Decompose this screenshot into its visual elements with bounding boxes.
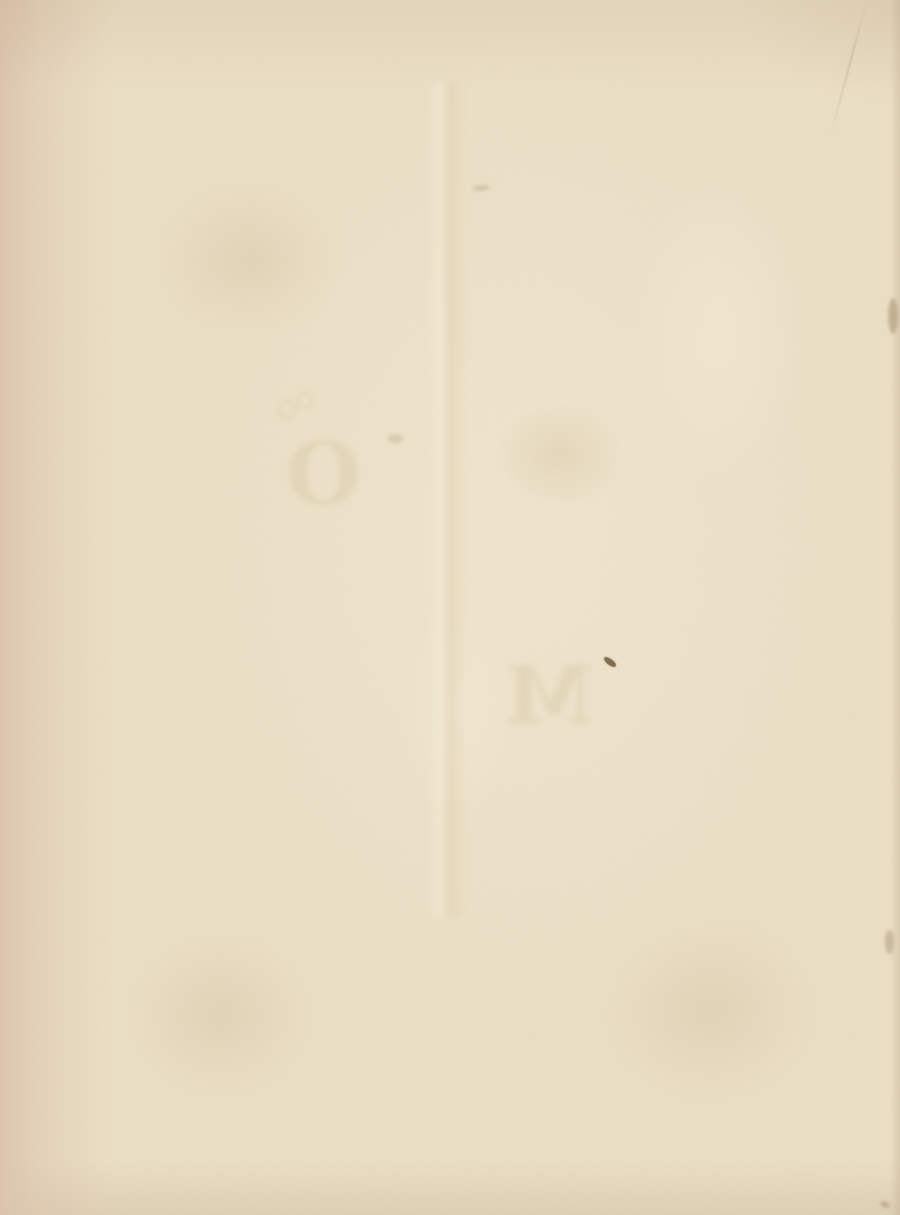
paper-mottle (560, 880, 860, 1140)
paper-smudge (388, 434, 403, 443)
paper-mottle (470, 380, 650, 530)
ghost-letter-m: M (505, 655, 594, 735)
ghost-mark (297, 392, 314, 409)
ink-speck (603, 655, 618, 668)
paper-mottle (120, 150, 380, 370)
paper-crease (829, 0, 870, 140)
ghost-letter-o: O (286, 432, 361, 518)
paper-mottle (90, 900, 350, 1130)
right-edge-smudge-lower (885, 930, 894, 954)
gutter-crease (428, 82, 466, 917)
scanned-page: O M (0, 0, 900, 1215)
right-edge-smudge-upper (888, 298, 898, 334)
paper-mottle (600, 120, 840, 540)
bottom-right-speck (879, 1200, 890, 1208)
paper-smudge (472, 184, 491, 192)
ghost-mark (277, 400, 297, 420)
